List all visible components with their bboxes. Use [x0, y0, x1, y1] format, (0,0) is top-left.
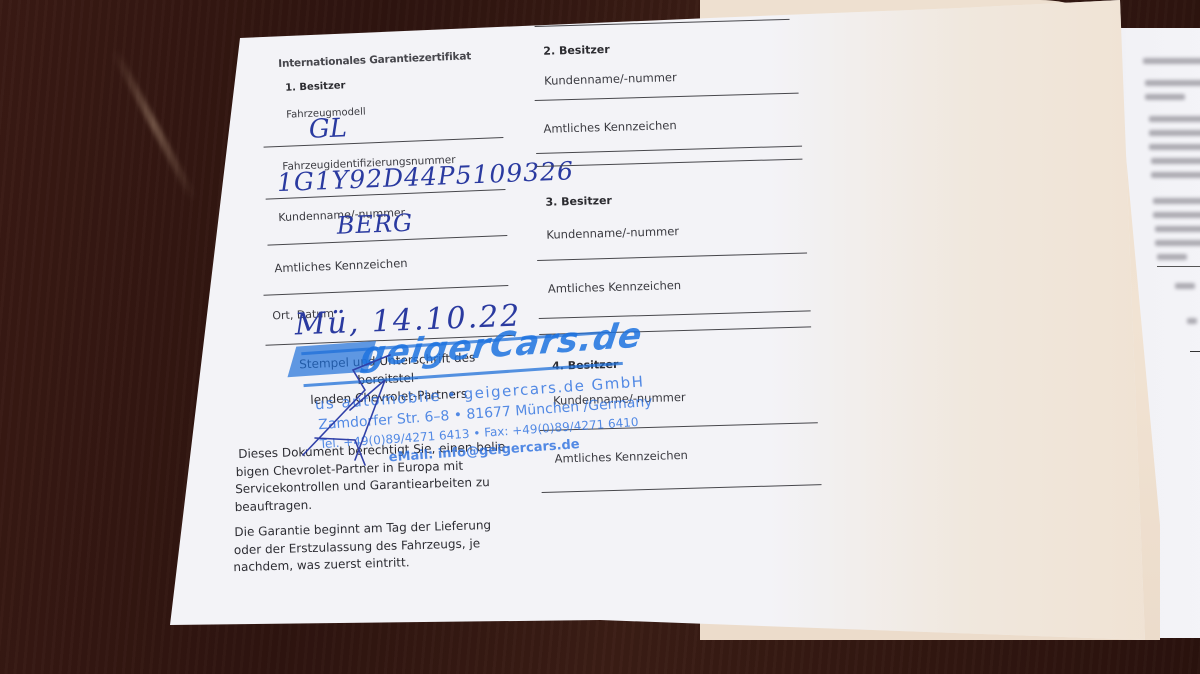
- plate-line: [263, 285, 508, 296]
- owner-2-customer-line: [535, 93, 799, 101]
- owner-3-plate-line-2: [539, 326, 811, 335]
- paragraph-authorization: Dieses Dokument berechtigt Sie, einen be…: [238, 438, 511, 516]
- owner-1-section: Internationales Garantiezertifikat 1. Be…: [278, 48, 518, 58]
- customer-name-value[interactable]: BERG: [336, 209, 413, 240]
- vehicle-model-line: [264, 137, 504, 148]
- owner-3-plate-line-1: [539, 310, 811, 319]
- vehicle-model-value[interactable]: GL: [308, 113, 347, 145]
- owner-3-plate-label: Amtliches Kennzeichen: [548, 278, 682, 296]
- owner-2-plate-label: Amtliches Kennzeichen: [543, 118, 677, 136]
- owner-1-heading: 1. Besitzer: [285, 80, 346, 93]
- stamp-signature-label: Stempel und Unterschrift des bereitstel-…: [272, 347, 504, 410]
- owners-2-4-section: 2. Besitzer Kundenname/-nummer Amtliches…: [535, 32, 810, 40]
- owner-4-plate-label: Amtliches Kennzeichen: [555, 448, 689, 466]
- owner-3-customer-label: Kundenname/-nummer: [546, 224, 679, 242]
- top-line: [535, 19, 790, 27]
- owner-3-heading: 3. Besitzer: [545, 194, 612, 209]
- owner-4-customer-line: [540, 422, 818, 431]
- owner-4-plate-line: [542, 484, 822, 493]
- warranty-info: Dieses Dokument berechtigt Sie, einen be…: [238, 438, 513, 576]
- owner-2-customer-label: Kundenname/-nummer: [544, 70, 677, 88]
- paragraph-warranty-start: Die Garantie beginnt am Tag der Lieferun…: [240, 516, 513, 576]
- plate-label: Amtliches Kennzeichen: [274, 256, 408, 275]
- owner-2-heading: 2. Besitzer: [543, 43, 610, 58]
- owner-4-customer-label: Kundenname/-nummer: [553, 390, 686, 408]
- owner-2-plate-line-2: [537, 159, 803, 167]
- owner-2-plate-line-1: [536, 146, 802, 154]
- owner-4-heading: 4. Besitzer: [552, 358, 619, 373]
- certificate-title: Internationales Garantiezertifikat: [278, 50, 471, 70]
- page-content: Internationales Garantiezertifikat 1. Be…: [0, 0, 1200, 674]
- owner-3-customer-line: [537, 252, 807, 261]
